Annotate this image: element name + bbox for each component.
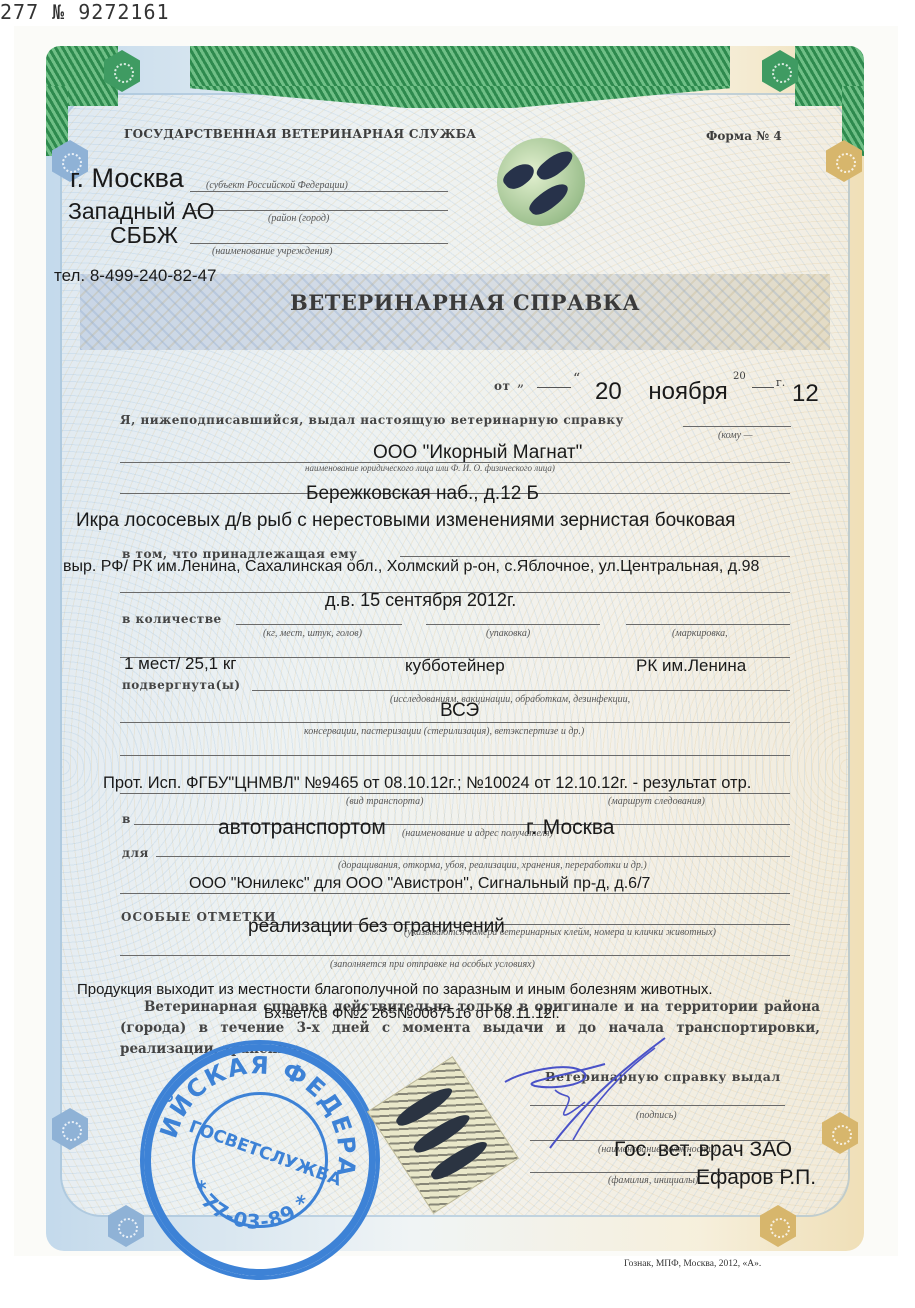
document-title: ВЕТЕРИНАРНАЯ СПРАВКА (290, 290, 640, 315)
subject-caption: (субъект Российской Федерации) (206, 180, 348, 191)
institution-caption: (наименование учреждения) (212, 246, 333, 257)
form-number: Форма № 4 (706, 129, 782, 143)
phone-number: тел. 8-499-240-82-47 (54, 266, 217, 286)
recipient-field: ООО "Икорный Магнат" (373, 442, 582, 464)
treatment-field: ВСЭ (440, 700, 479, 722)
treatment-label: подвергнута(ы) (122, 678, 241, 692)
packaging-field: кубботейнер (405, 656, 505, 676)
issued-statement: Я, нижеподписавшийся, выдал настоящую ве… (120, 413, 624, 427)
subject-field: г. Москва (70, 163, 184, 194)
district-caption: (район (город) (268, 213, 329, 224)
organization-header: ГОСУДАРСТВЕННАЯ ВЕТЕРИНАРНАЯ СЛУЖБА (124, 127, 476, 141)
reference-note: Вх.вет/св Ф№2 265№0067516 от 08.11.12г. (264, 1005, 560, 1022)
signature-mark (495, 1030, 695, 1160)
green-border-top (190, 46, 730, 88)
purpose-field: ООО "Юнилекс" для ООО "Авистрон", Сигнал… (189, 875, 650, 893)
institution-field: СББЖ (110, 222, 178, 249)
region-status-note: Продукция выходит из местности благополу… (77, 981, 713, 998)
official-stamp: РОССИЙСКАЯ ФЕДЕРАЦИЯ * 77-03-89 * ГОСВЕТ… (124, 1024, 395, 1295)
district-field: Западный АО (68, 198, 215, 225)
transport-field: автотранспортом (218, 816, 386, 840)
lab-tests-field: Прот. Исп. ФГБУ"ЦНМВЛ" №9465 от 08.10.12… (103, 774, 751, 793)
origin-field: выр. РФ/ РК им.Ленина, Сахалинская обл.,… (63, 558, 759, 576)
date-prefix: от (494, 379, 510, 393)
marking-field: РК им.Ленина (636, 656, 746, 676)
name-field: Ефаров Р.П. (696, 1166, 816, 1190)
quantity-label: в количестве (122, 612, 222, 626)
product-description: Икра лососевых д/в рыб с нерестовыми изм… (76, 510, 735, 532)
certificate-number: 277 № 9272161 (0, 0, 915, 24)
address-field: Бережковская наб., д.12 Б (306, 483, 539, 505)
issue-year-field: 12 (792, 380, 819, 408)
production-date-field: д.в. 15 сентября 2012г. (325, 590, 516, 611)
printer-imprint: Гознак, МПФ, Москва, 2012, «А». (624, 1259, 761, 1269)
amount-field: 1 мест/ 25,1 кг (124, 654, 237, 674)
issue-date-field: 20 ноября (595, 378, 728, 406)
destination-field: г. Москва (526, 816, 614, 840)
hologram-seal (497, 138, 585, 226)
